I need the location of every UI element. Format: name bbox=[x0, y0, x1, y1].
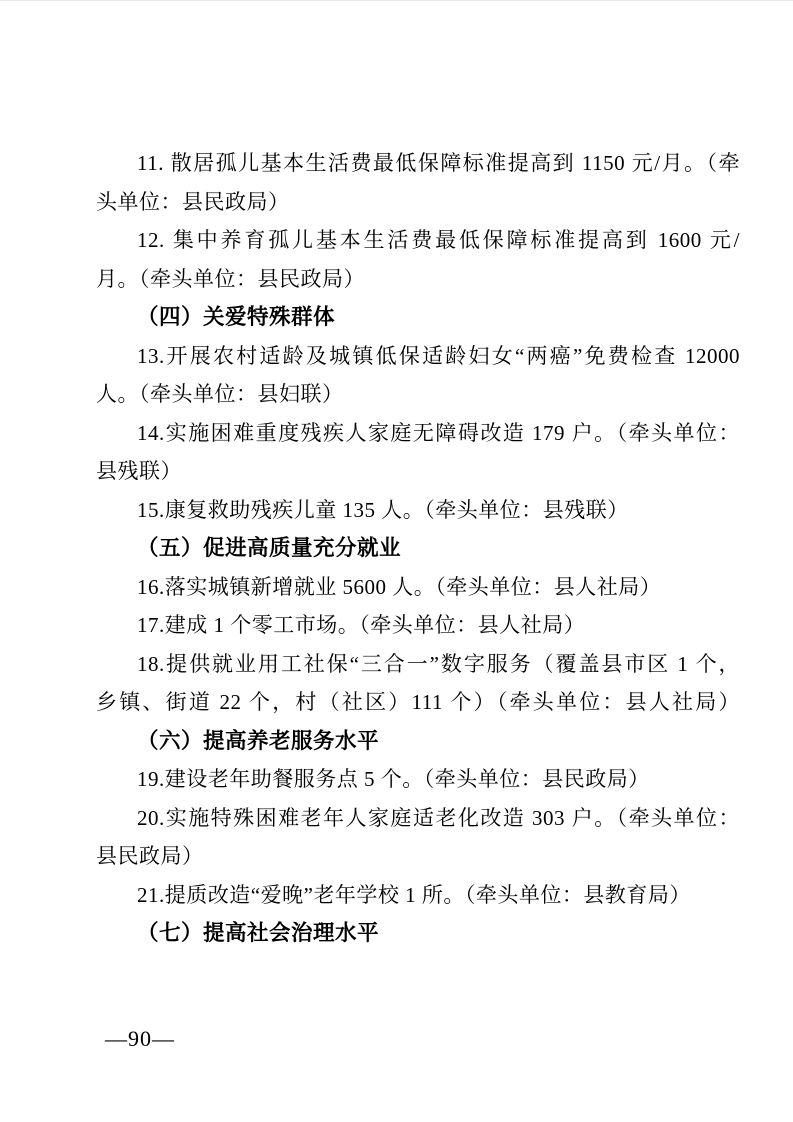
item-17: 17.建成 1 个零工市场。（牵头单位：县人社局） bbox=[96, 606, 740, 645]
item-13-line-2: 人。（牵头单位：县妇联） bbox=[96, 375, 740, 414]
section-heading-6: （六）提高养老服务水平 bbox=[96, 722, 740, 761]
item-21: 21.提质改造“爱晚”老年学校 1 所。（牵头单位：县教育局） bbox=[96, 876, 740, 915]
item-16: 16.落实城镇新增就业 5600 人。（牵头单位：县人社局） bbox=[96, 568, 740, 607]
section-heading-7: （七）提高社会治理水平 bbox=[96, 914, 740, 953]
item-12-line-1: 12. 集中养育孤儿基本生活费最低保障标准提高到 1600 元/ bbox=[96, 221, 740, 260]
document-page: 11. 散居孤儿基本生活费最低保障标准提高到 1150 元/月。（牵头单位：县民… bbox=[0, 0, 793, 1122]
item-18-line-1: 18.提供就业用工社保“三合一”数字服务（覆盖县市区 1 个， bbox=[96, 645, 740, 684]
section-heading-4: （四）关爱特殊群体 bbox=[96, 298, 740, 337]
item-13-line-1: 13.开展农村适龄及城镇低保适龄妇女“两癌”免费检查 12000 bbox=[96, 337, 740, 376]
page-number: —90— bbox=[105, 1020, 175, 1058]
document-body: 11. 散居孤儿基本生活费最低保障标准提高到 1150 元/月。（牵头单位：县民… bbox=[96, 144, 740, 953]
item-11-line-1: 11. 散居孤儿基本生活费最低保障标准提高到 1150 元/月。（牵 bbox=[96, 144, 740, 183]
item-20-line-1: 20.实施特殊困难老年人家庭适老化改造 303 户。（牵头单位： bbox=[96, 799, 740, 838]
item-14-line-1: 14.实施困难重度残疾人家庭无障碍改造 179 户。（牵头单位： bbox=[96, 414, 740, 453]
item-18-line-2: 乡镇、街道 22 个，村（社区）111 个）（牵头单位：县人社局） bbox=[96, 683, 740, 722]
item-19: 19.建设老年助餐服务点 5 个。（牵头单位：县民政局） bbox=[96, 760, 740, 799]
item-12-line-2: 月。（牵头单位：县民政局） bbox=[96, 260, 740, 299]
item-15: 15.康复救助残疾儿童 135 人。（牵头单位：县残联） bbox=[96, 491, 740, 530]
section-heading-5: （五）促进高质量充分就业 bbox=[96, 529, 740, 568]
item-20-line-2: 县民政局） bbox=[96, 837, 740, 876]
item-11-line-2: 头单位：县民政局） bbox=[96, 183, 740, 222]
item-14-line-2: 县残联） bbox=[96, 452, 740, 491]
